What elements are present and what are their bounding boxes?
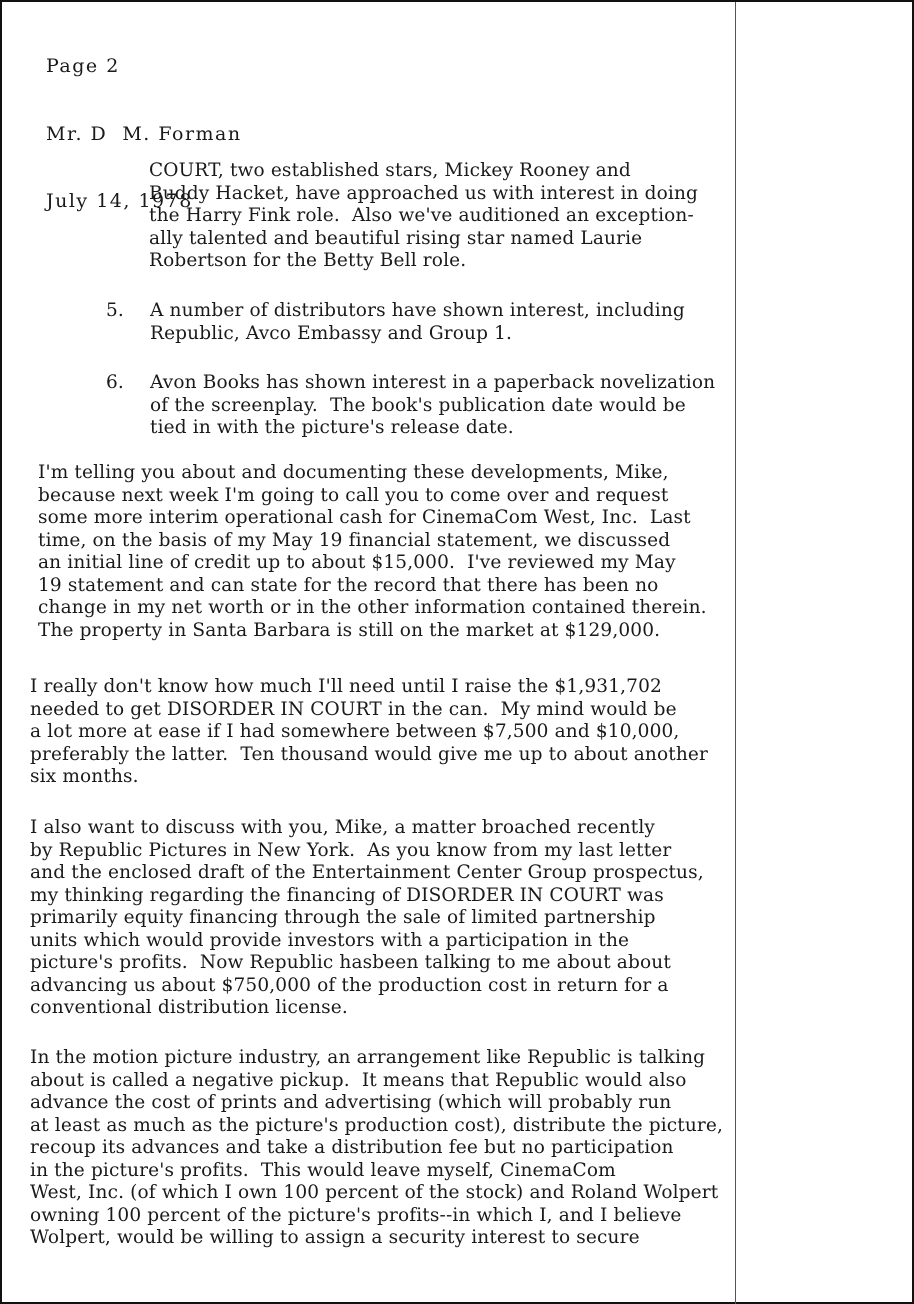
scan-artifact-line [735,2,736,1304]
recipient: Mr. D M. Forman [46,123,242,146]
paragraph: I really don't know how much I'll need u… [30,676,708,789]
list-item-number: 6. [106,372,146,395]
list-item-number: 5. [106,300,146,323]
page-number: Page 2 [46,55,242,78]
list-item-text: Avon Books has shown interest in a paper… [150,372,715,440]
paragraph: I'm telling you about and documenting th… [38,462,707,642]
paragraph: I also want to discuss with you, Mike, a… [30,817,704,1020]
list-item-text: A number of distributors have shown inte… [150,300,685,345]
letter-page: Page 2 Mr. D M. Forman July 14, 1978 COU… [0,0,914,1304]
paragraph: In the motion picture industry, an arran… [30,1047,723,1250]
continued-item-text: COURT, two established stars, Mickey Roo… [149,160,698,273]
